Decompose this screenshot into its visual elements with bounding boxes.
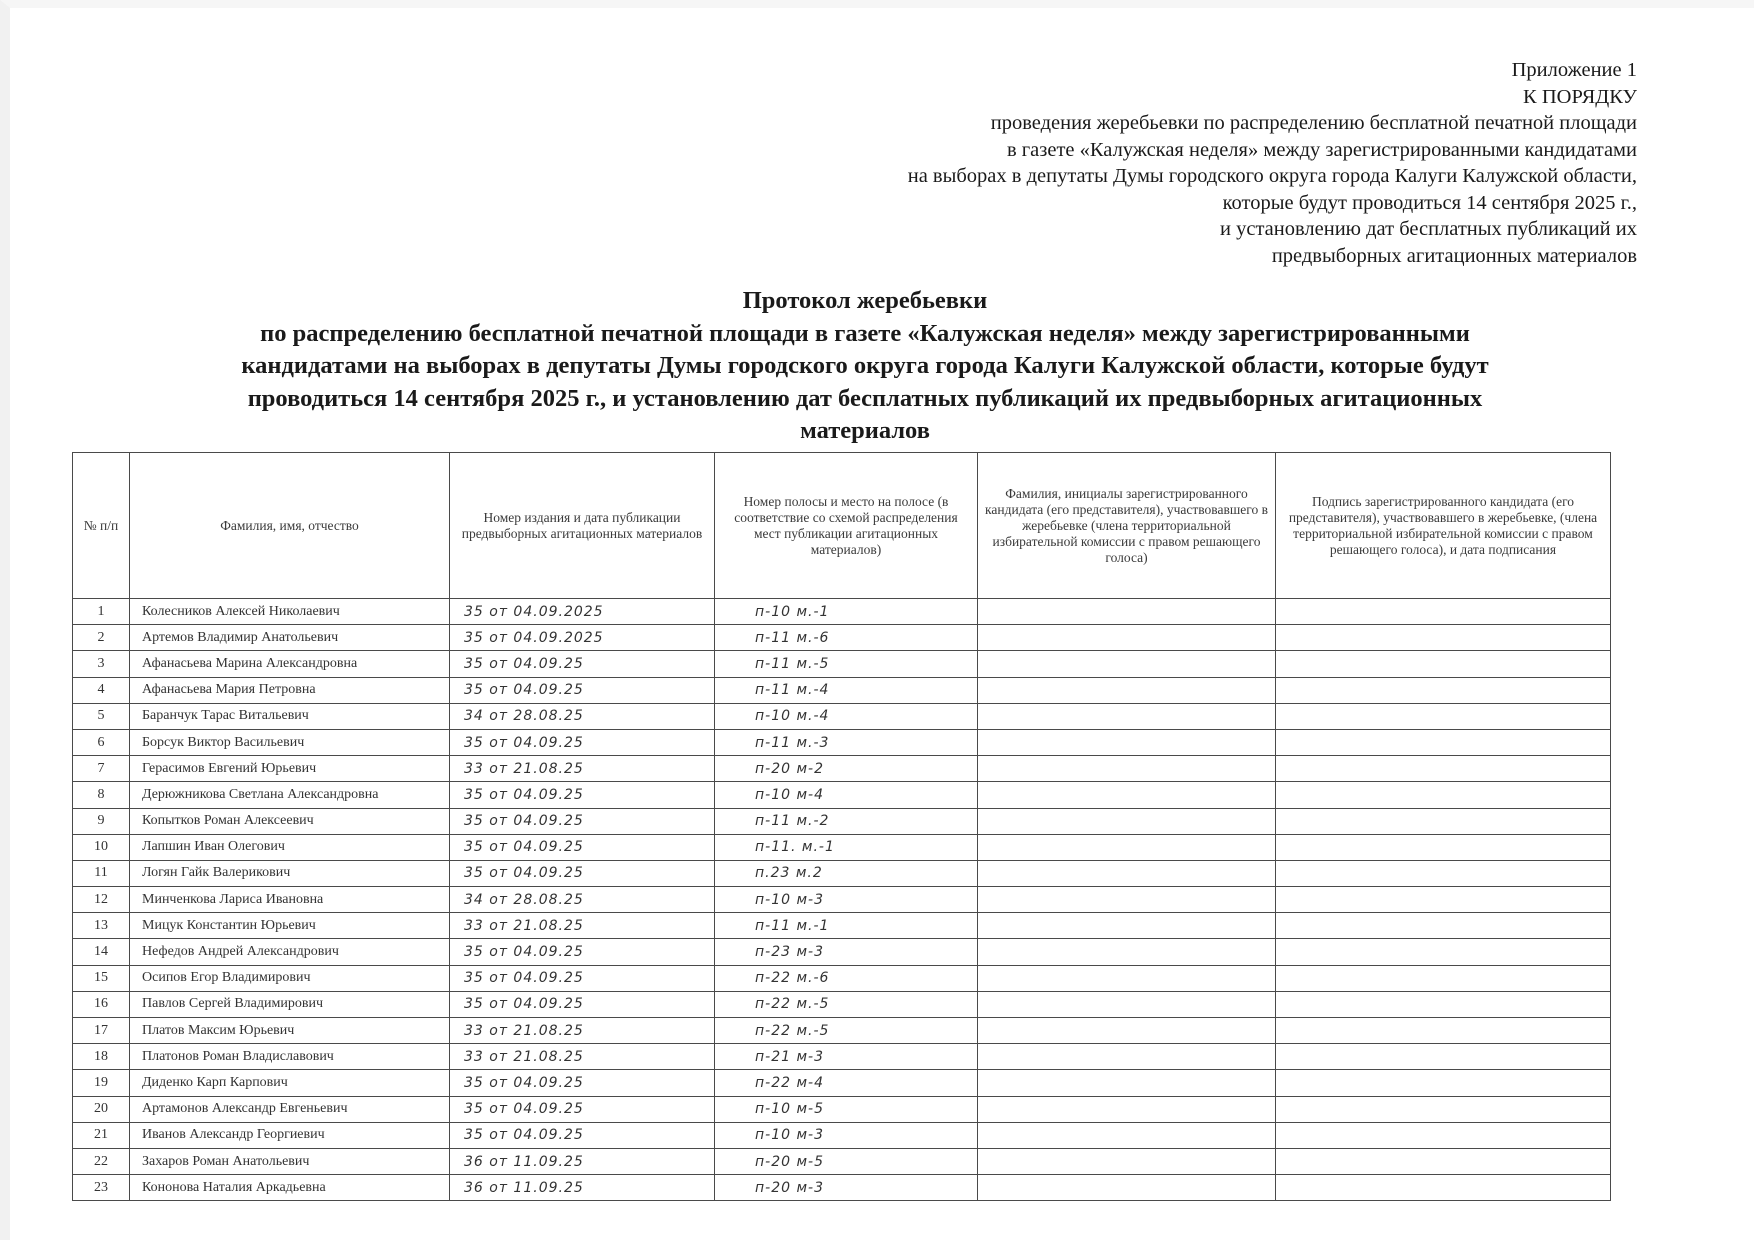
issue-date-handwritten: 35 от 04.09.25 [450,834,715,860]
page-position-handwritten: п-11. м.-1 [715,834,978,860]
table-row: 4Афанасьева Мария Петровна35 от 04.09.25… [73,677,1611,703]
page-position-handwritten: п-11 м.-2 [715,808,978,834]
issue-date-handwritten: 36 от 11.09.25 [450,1175,715,1201]
header-representative: Фамилия, инициалы зарегистрированного ка… [978,453,1276,599]
row-number: 22 [73,1148,130,1174]
appendix-line: которые будут проводиться 14 сентября 20… [737,190,1637,217]
representative-cell [978,939,1276,965]
table-row: 17Платов Максим Юрьевич33 от 21.08.25п-2… [73,1018,1611,1044]
issue-date-handwritten: 33 от 21.08.25 [450,913,715,939]
table-row: 12Минченкова Лариса Ивановна34 от 28.08.… [73,887,1611,913]
candidate-name: Афанасьева Марина Александровна [130,651,450,677]
candidate-name: Копытков Роман Алексеевич [130,808,450,834]
table-row: 18Платонов Роман Владиславович33 от 21.0… [73,1044,1611,1070]
candidate-name: Мицук Константин Юрьевич [130,913,450,939]
appendix-line: и установлению дат бесплатных публикаций… [737,216,1637,243]
issue-date-handwritten: 35 от 04.09.25 [450,991,715,1017]
table-row: 2Артемов Владимир Анатольевич35 от 04.09… [73,625,1611,651]
signature-cell [1276,1175,1611,1201]
signature-cell [1276,703,1611,729]
signature-cell [1276,834,1611,860]
row-number: 12 [73,887,130,913]
row-number: 21 [73,1122,130,1148]
representative-cell [978,887,1276,913]
page-position-handwritten: п-10 м-4 [715,782,978,808]
signature-cell [1276,729,1611,755]
candidate-name: Кононова Наталия Аркадьевна [130,1175,450,1201]
representative-cell [978,1096,1276,1122]
appendix-line: предвыборных агитационных материалов [737,243,1637,270]
representative-cell [978,1018,1276,1044]
header-page-position: Номер полосы и место на полосе (в соотве… [715,453,978,599]
row-number: 11 [73,860,130,886]
row-number: 17 [73,1018,130,1044]
issue-date-handwritten: 35 от 04.09.2025 [450,599,715,625]
row-number: 15 [73,965,130,991]
issue-date-handwritten: 35 от 04.09.25 [450,782,715,808]
table-row: 19Диденко Карп Карпович35 от 04.09.25п-2… [73,1070,1611,1096]
representative-cell [978,1175,1276,1201]
representative-cell [978,703,1276,729]
row-number: 16 [73,991,130,1017]
issue-date-handwritten: 35 от 04.09.25 [450,965,715,991]
representative-cell [978,1122,1276,1148]
header-full-name: Фамилия, имя, отчество [130,453,450,599]
header-issue-date: Номер издания и дата публикации предвыбо… [450,453,715,599]
representative-cell [978,913,1276,939]
row-number: 4 [73,677,130,703]
table-row: 23Кононова Наталия Аркадьевна36 от 11.09… [73,1175,1611,1201]
representative-cell [978,991,1276,1017]
issue-date-handwritten: 35 от 04.09.2025 [450,625,715,651]
issue-date-handwritten: 36 от 11.09.25 [450,1148,715,1174]
representative-cell [978,599,1276,625]
table-row: 16Павлов Сергей Владимирович35 от 04.09.… [73,991,1611,1017]
protocol-table: № п/п Фамилия, имя, отчество Номер издан… [72,452,1611,1201]
table-row: 1Колесников Алексей Николаевич35 от 04.0… [73,599,1611,625]
table-row: 13Мицук Константин Юрьевич33 от 21.08.25… [73,913,1611,939]
issue-date-handwritten: 34 от 28.08.25 [450,703,715,729]
row-number: 1 [73,599,130,625]
candidate-name: Колесников Алексей Николаевич [130,599,450,625]
candidate-name: Артамонов Александр Евгеньевич [130,1096,450,1122]
candidate-name: Нефедов Андрей Александрович [130,939,450,965]
row-number: 20 [73,1096,130,1122]
issue-date-handwritten: 33 от 21.08.25 [450,1018,715,1044]
row-number: 14 [73,939,130,965]
signature-cell [1276,1018,1611,1044]
signature-cell [1276,1122,1611,1148]
page-position-handwritten: п-22 м.-6 [715,965,978,991]
issue-date-handwritten: 35 от 04.09.25 [450,1096,715,1122]
signature-cell [1276,1044,1611,1070]
signature-cell [1276,939,1611,965]
row-number: 18 [73,1044,130,1070]
title-line: кандидатами на выборах в депутаты Думы г… [110,350,1620,383]
page-position-handwritten: п-11 м.-5 [715,651,978,677]
issue-date-handwritten: 33 от 21.08.25 [450,1044,715,1070]
appendix-header: Приложение 1К ПОРЯДКУпроведения жеребьев… [737,57,1637,269]
page-position-handwritten: п-11 м.-6 [715,625,978,651]
candidate-name: Павлов Сергей Владимирович [130,991,450,1017]
issue-date-handwritten: 35 от 04.09.25 [450,677,715,703]
row-number: 23 [73,1175,130,1201]
page-position-handwritten: п-20 м-2 [715,756,978,782]
candidate-name: Диденко Карп Карпович [130,1070,450,1096]
issue-date-handwritten: 35 от 04.09.25 [450,1070,715,1096]
appendix-line: Приложение 1 [737,57,1637,84]
protocol-title: Протокол жеребьевкипо распределению бесп… [110,285,1620,448]
title-line: материалов [110,415,1620,448]
signature-cell [1276,991,1611,1017]
table-row: 3Афанасьева Марина Александровна35 от 04… [73,651,1611,677]
page-position-handwritten: п-10 м-5 [715,1096,978,1122]
candidate-name: Платов Максим Юрьевич [130,1018,450,1044]
page-position-handwritten: п-22 м.-5 [715,991,978,1017]
representative-cell [978,729,1276,755]
table-row: 14Нефедов Андрей Александрович35 от 04.0… [73,939,1611,965]
issue-date-handwritten: 35 от 04.09.25 [450,1122,715,1148]
row-number: 3 [73,651,130,677]
table-row: 8Дерюжникова Светлана Александровна35 от… [73,782,1611,808]
candidate-name: Логян Гайк Валерикович [130,860,450,886]
representative-cell [978,834,1276,860]
page-position-handwritten: п-11 м.-3 [715,729,978,755]
signature-cell [1276,1096,1611,1122]
issue-date-handwritten: 35 от 04.09.25 [450,729,715,755]
representative-cell [978,1070,1276,1096]
page-position-handwritten: п-10 м.-1 [715,599,978,625]
page-position-handwritten: п-21 м-3 [715,1044,978,1070]
representative-cell [978,1148,1276,1174]
table-row: 7Герасимов Евгений Юрьевич33 от 21.08.25… [73,756,1611,782]
table-row: 6Борсук Виктор Васильевич35 от 04.09.25п… [73,729,1611,755]
row-number: 8 [73,782,130,808]
issue-date-handwritten: 35 от 04.09.25 [450,860,715,886]
title-line: проводиться 14 сентября 2025 г., и устан… [110,383,1620,416]
row-number: 13 [73,913,130,939]
title-line: по распределению бесплатной печатной пло… [110,318,1620,351]
representative-cell [978,965,1276,991]
signature-cell [1276,887,1611,913]
page-position-handwritten: п-11 м.-4 [715,677,978,703]
candidate-name: Захаров Роман Анатольевич [130,1148,450,1174]
signature-cell [1276,756,1611,782]
candidate-name: Осипов Егор Владимирович [130,965,450,991]
page-position-handwritten: п.23 м.2 [715,860,978,886]
candidate-name: Артемов Владимир Анатольевич [130,625,450,651]
candidate-name: Лапшин Иван Олегович [130,834,450,860]
table-row: 20Артамонов Александр Евгеньевич35 от 04… [73,1096,1611,1122]
table-row: 15Осипов Егор Владимирович35 от 04.09.25… [73,965,1611,991]
row-number: 6 [73,729,130,755]
table-row: 5Баранчук Тарас Витальевич34 от 28.08.25… [73,703,1611,729]
representative-cell [978,651,1276,677]
header-signature: Подпись зарегистрированного кандидата (е… [1276,453,1611,599]
signature-cell [1276,965,1611,991]
issue-date-handwritten: 33 от 21.08.25 [450,756,715,782]
signature-cell [1276,625,1611,651]
page-position-handwritten: п-23 м-3 [715,939,978,965]
signature-cell [1276,599,1611,625]
table-row: 9Копытков Роман Алексеевич35 от 04.09.25… [73,808,1611,834]
candidate-name: Герасимов Евгений Юрьевич [130,756,450,782]
row-number: 19 [73,1070,130,1096]
representative-cell [978,860,1276,886]
appendix-line: на выборах в депутаты Думы городского ок… [737,163,1637,190]
table-row: 10Лапшин Иван Олегович35 от 04.09.25п-11… [73,834,1611,860]
page-position-handwritten: п-22 м.-5 [715,1018,978,1044]
appendix-line: в газете «Калужская неделя» между зареги… [737,137,1637,164]
title-heading: Протокол жеребьевки [110,285,1620,318]
header-number: № п/п [73,453,130,599]
representative-cell [978,808,1276,834]
signature-cell [1276,651,1611,677]
candidate-name: Баранчук Тарас Витальевич [130,703,450,729]
row-number: 2 [73,625,130,651]
table-row: 22Захаров Роман Анатольевич36 от 11.09.2… [73,1148,1611,1174]
page-position-handwritten: п-10 м-3 [715,1122,978,1148]
issue-date-handwritten: 35 от 04.09.25 [450,939,715,965]
page-position-handwritten: п-20 м-3 [715,1175,978,1201]
representative-cell [978,677,1276,703]
candidate-name: Иванов Александр Георгиевич [130,1122,450,1148]
page-position-handwritten: п-20 м-5 [715,1148,978,1174]
signature-cell [1276,808,1611,834]
page-position-handwritten: п-10 м-3 [715,887,978,913]
signature-cell [1276,860,1611,886]
table-row: 21Иванов Александр Георгиевич35 от 04.09… [73,1122,1611,1148]
row-number: 5 [73,703,130,729]
signature-cell [1276,1148,1611,1174]
page-position-handwritten: п-10 м.-4 [715,703,978,729]
page-position-handwritten: п-11 м.-1 [715,913,978,939]
representative-cell [978,1044,1276,1070]
table-header-row: № п/п Фамилия, имя, отчество Номер издан… [73,453,1611,599]
row-number: 10 [73,834,130,860]
appendix-line: К ПОРЯДКУ [737,84,1637,111]
candidate-name: Афанасьева Мария Петровна [130,677,450,703]
candidate-name: Борсук Виктор Васильевич [130,729,450,755]
issue-date-handwritten: 35 от 04.09.25 [450,651,715,677]
signature-cell [1276,782,1611,808]
issue-date-handwritten: 34 от 28.08.25 [450,887,715,913]
candidate-name: Минченкова Лариса Ивановна [130,887,450,913]
candidate-name: Платонов Роман Владиславович [130,1044,450,1070]
signature-cell [1276,677,1611,703]
candidate-name: Дерюжникова Светлана Александровна [130,782,450,808]
row-number: 7 [73,756,130,782]
representative-cell [978,625,1276,651]
appendix-line: проведения жеребьевки по распределению б… [737,110,1637,137]
page-position-handwritten: п-22 м-4 [715,1070,978,1096]
representative-cell [978,782,1276,808]
signature-cell [1276,913,1611,939]
row-number: 9 [73,808,130,834]
issue-date-handwritten: 35 от 04.09.25 [450,808,715,834]
signature-cell [1276,1070,1611,1096]
representative-cell [978,756,1276,782]
table-row: 11Логян Гайк Валерикович35 от 04.09.25п.… [73,860,1611,886]
